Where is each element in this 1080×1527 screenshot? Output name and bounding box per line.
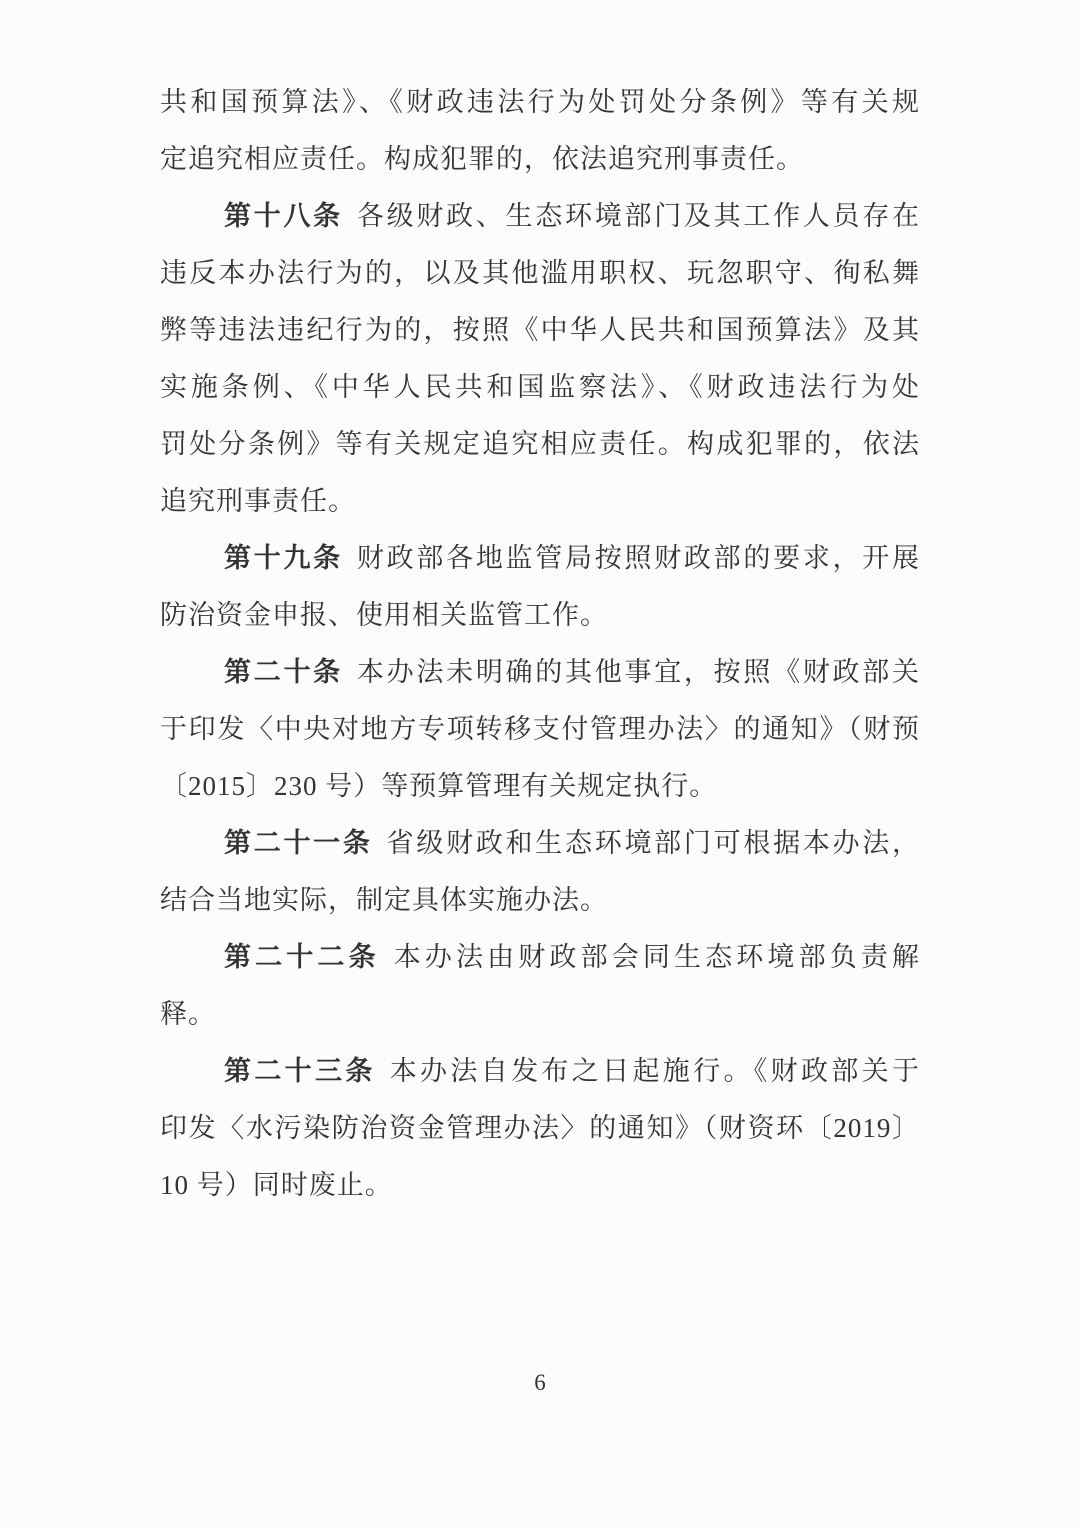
text-line: 〔2015〕230 号）等预算管理有关规定执行。 — [160, 758, 920, 815]
article-number: 第二十二条 — [224, 942, 380, 972]
text-line: 防治资金申报、使用相关监管工作。 — [160, 587, 920, 644]
line-text: 结合当地实际，制定具体实施办法。 — [160, 885, 608, 915]
article-number: 第十八条 — [224, 201, 343, 231]
text-line: 结合当地实际，制定具体实施办法。 — [160, 872, 920, 929]
line-text: 本办法未明确的其他事宜，按照《财政部关 — [357, 657, 920, 687]
line-text: 于印发〈中央对地方专项转移支付管理办法〉的通知》（财预 — [160, 714, 920, 744]
text-line: 追究刑事责任。 — [160, 473, 920, 530]
line-text: 违反本办法行为的，以及其他滥用职权、玩忽职守、徇私舞 — [160, 258, 920, 288]
line-text: 各级财政、生态环境部门及其工作人员存在 — [357, 201, 920, 231]
line-text: 共和国预算法》、《财政违法行为处罚处分条例》等有关规 — [160, 87, 920, 117]
text-line: 印发〈水污染防治资金管理办法〉的通知》（财资环〔2019〕 — [160, 1100, 920, 1157]
text-line: 共和国预算法》、《财政违法行为处罚处分条例》等有关规 — [160, 74, 920, 131]
line-text: 追究刑事责任。 — [160, 486, 356, 516]
line-text: 印发〈水污染防治资金管理办法〉的通知》（财资环〔2019〕 — [160, 1113, 920, 1143]
text-line: 释。 — [160, 986, 920, 1043]
text-line-article-23: 第二十三条本办法自发布之日起施行。《财政部关于 — [160, 1043, 920, 1100]
line-text: 防治资金申报、使用相关监管工作。 — [160, 600, 608, 630]
line-text: 释。 — [160, 999, 216, 1029]
text-line-article-18: 第十八条各级财政、生态环境部门及其工作人员存在 — [160, 188, 920, 245]
line-text: 〔2015〕230 号）等预算管理有关规定执行。 — [160, 771, 717, 801]
text-line: 违反本办法行为的，以及其他滥用职权、玩忽职守、徇私舞 — [160, 245, 920, 302]
text-line: 罚处分条例》等有关规定追究相应责任。构成犯罪的，依法 — [160, 416, 920, 473]
text-line-article-21: 第二十一条省级财政和生态环境部门可根据本办法， — [160, 815, 920, 872]
text-line: 于印发〈中央对地方专项转移支付管理办法〉的通知》（财预 — [160, 701, 920, 758]
article-number: 第二十一条 — [224, 828, 373, 858]
document-page: 共和国预算法》、《财政违法行为处罚处分条例》等有关规 定追究相应责任。构成犯罪的… — [0, 0, 1080, 1527]
document-text-block: 共和国预算法》、《财政违法行为处罚处分条例》等有关规 定追究相应责任。构成犯罪的… — [160, 74, 920, 1214]
text-line-article-22: 第二十二条本办法由财政部会同生态环境部负责解 — [160, 929, 920, 986]
line-text: 实施条例、《中华人民共和国监察法》、《财政违法行为处 — [160, 372, 920, 402]
page-number: 6 — [0, 1368, 1080, 1398]
text-line: 弊等违法违纪行为的，按照《中华人民共和国预算法》及其 — [160, 302, 920, 359]
text-line-article-20: 第二十条本办法未明确的其他事宜，按照《财政部关 — [160, 644, 920, 701]
article-number: 第十九条 — [224, 543, 343, 573]
line-text: 罚处分条例》等有关规定追究相应责任。构成犯罪的，依法 — [160, 429, 920, 459]
line-text: 弊等违法违纪行为的，按照《中华人民共和国预算法》及其 — [160, 315, 920, 345]
article-number: 第二十条 — [224, 657, 343, 687]
line-text: 10 号）同时废止。 — [160, 1170, 393, 1200]
line-text: 财政部各地监管局按照财政部的要求，开展 — [357, 543, 920, 573]
article-number: 第二十三条 — [224, 1056, 376, 1086]
line-text: 本办法由财政部会同生态环境部负责解 — [394, 942, 920, 972]
line-text: 定追究相应责任。构成犯罪的，依法追究刑事责任。 — [160, 144, 804, 174]
text-line-article-19: 第十九条财政部各地监管局按照财政部的要求，开展 — [160, 530, 920, 587]
text-line: 10 号）同时废止。 — [160, 1157, 920, 1214]
text-line: 定追究相应责任。构成犯罪的，依法追究刑事责任。 — [160, 131, 920, 188]
line-text: 本办法自发布之日起施行。《财政部关于 — [390, 1056, 920, 1086]
line-text: 省级财政和生态环境部门可根据本办法， — [387, 828, 920, 858]
text-line: 实施条例、《中华人民共和国监察法》、《财政违法行为处 — [160, 359, 920, 416]
